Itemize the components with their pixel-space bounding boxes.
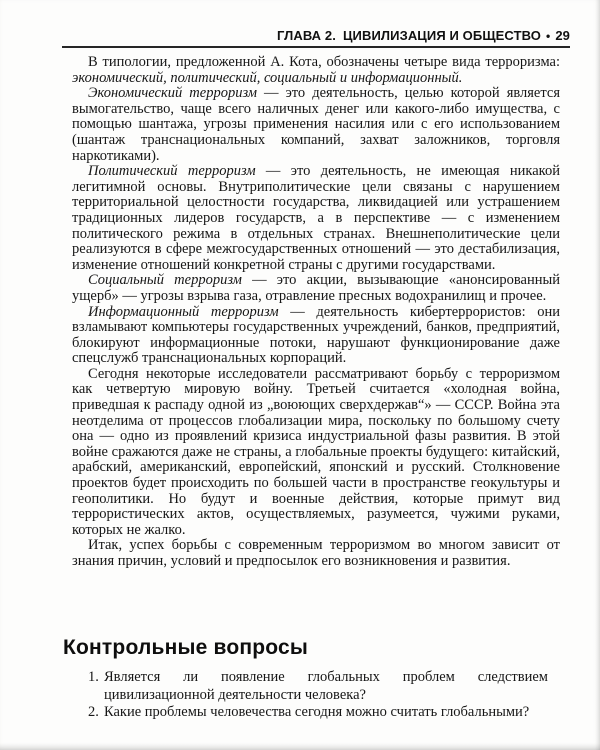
running-header: ГЛАВА 2.ЦИВИЛИЗАЦИЯ И ОБЩЕСТВО•29	[62, 0, 570, 48]
paragraph: Политический терроризм — это деятельност…	[72, 164, 560, 273]
paragraph-lead-italic: Экономический терроризм	[88, 85, 257, 101]
paragraph: В типологии, предложенной А. Кота, обозн…	[72, 55, 560, 86]
scan-edge-right	[595, 0, 600, 750]
header-chapter-label: ГЛАВА 2.	[277, 28, 336, 43]
section-heading: Контрольные вопросы	[63, 636, 308, 659]
header-bullet-separator: •	[546, 29, 550, 43]
question-text: Какие проблемы человечества сегодня можн…	[104, 704, 548, 722]
paragraph-text: Сегодня некоторые исследователи рассматр…	[72, 366, 560, 538]
paragraph-lead-italic: Информационный терроризм	[88, 304, 279, 320]
paragraph-lead-italic: Социальный терроризм	[88, 272, 242, 288]
question-text: Является ли появление глобальных проблем…	[104, 669, 548, 704]
header-chapter-title: ЦИВИЛИЗАЦИЯ И ОБЩЕСТВО	[343, 28, 541, 43]
body-paragraphs: В типологии, предложенной А. Кота, обозн…	[72, 55, 560, 570]
paragraph-text: Итак, успех борьбы с современным террори…	[72, 537, 560, 569]
scan-edge-bottom	[0, 743, 600, 750]
question-number: 1.	[88, 669, 104, 687]
paragraph-lead-italic: экономический, политический, социальный …	[72, 70, 462, 86]
book-page: ГЛАВА 2.ЦИВИЛИЗАЦИЯ И ОБЩЕСТВО•29 В типо…	[0, 0, 600, 750]
paragraph-text: В типологии, предложенной А. Кота, обозн…	[88, 54, 560, 70]
question-item: 2.Какие проблемы человечества сегодня мо…	[88, 704, 548, 722]
questions-list: 1.Является ли появление глобальных пробл…	[88, 669, 548, 722]
paragraph: Экономический терроризм — это деятельнос…	[72, 86, 560, 164]
paragraph: Социальный терроризм — это акции, вызыва…	[72, 273, 560, 304]
paragraph-text: — это деятельность, не имеющая никакой л…	[72, 163, 560, 273]
paragraph-lead-italic: Политический терроризм	[88, 163, 256, 179]
paragraph: Информационный терроризм — деятельность …	[72, 305, 560, 367]
question-item: 1.Является ли появление глобальных пробл…	[88, 669, 548, 704]
paragraph: Сегодня некоторые исследователи рассматр…	[72, 367, 560, 539]
header-page-number: 29	[555, 28, 570, 43]
question-number: 2.	[88, 704, 104, 722]
paragraph: Итак, успех борьбы с современным террори…	[72, 538, 560, 569]
